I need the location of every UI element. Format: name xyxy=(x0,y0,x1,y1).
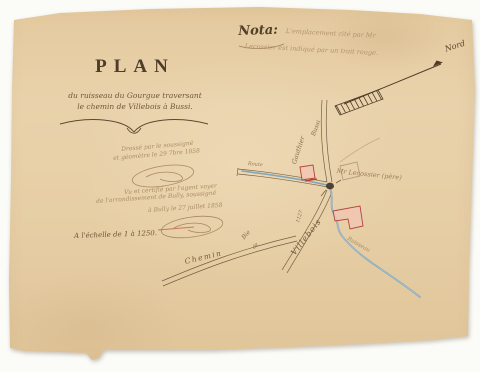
north-arrow xyxy=(335,61,443,116)
title-flourish xyxy=(60,120,208,134)
subtitle-line-1: du ruisseau du Gourgue traversant xyxy=(55,92,215,100)
red-mark-scale xyxy=(158,227,194,230)
scanned-plan-document: PLAN du ruisseau du Gourgue traversant l… xyxy=(0,0,480,372)
north-arrow-feather xyxy=(335,90,383,115)
road-southwest-chemin xyxy=(162,236,297,286)
plan-drawing xyxy=(0,0,480,372)
stream xyxy=(242,171,420,297)
nota-label: Nota: xyxy=(238,24,278,40)
page-title: PLAN xyxy=(70,57,200,78)
subtitle-line-2: le chemin de Villebois à Bussi. xyxy=(55,103,215,111)
road-north xyxy=(321,100,332,182)
parcel-line xyxy=(340,138,380,162)
building-west xyxy=(300,165,315,180)
map-label-road-west: Route xyxy=(248,162,263,169)
